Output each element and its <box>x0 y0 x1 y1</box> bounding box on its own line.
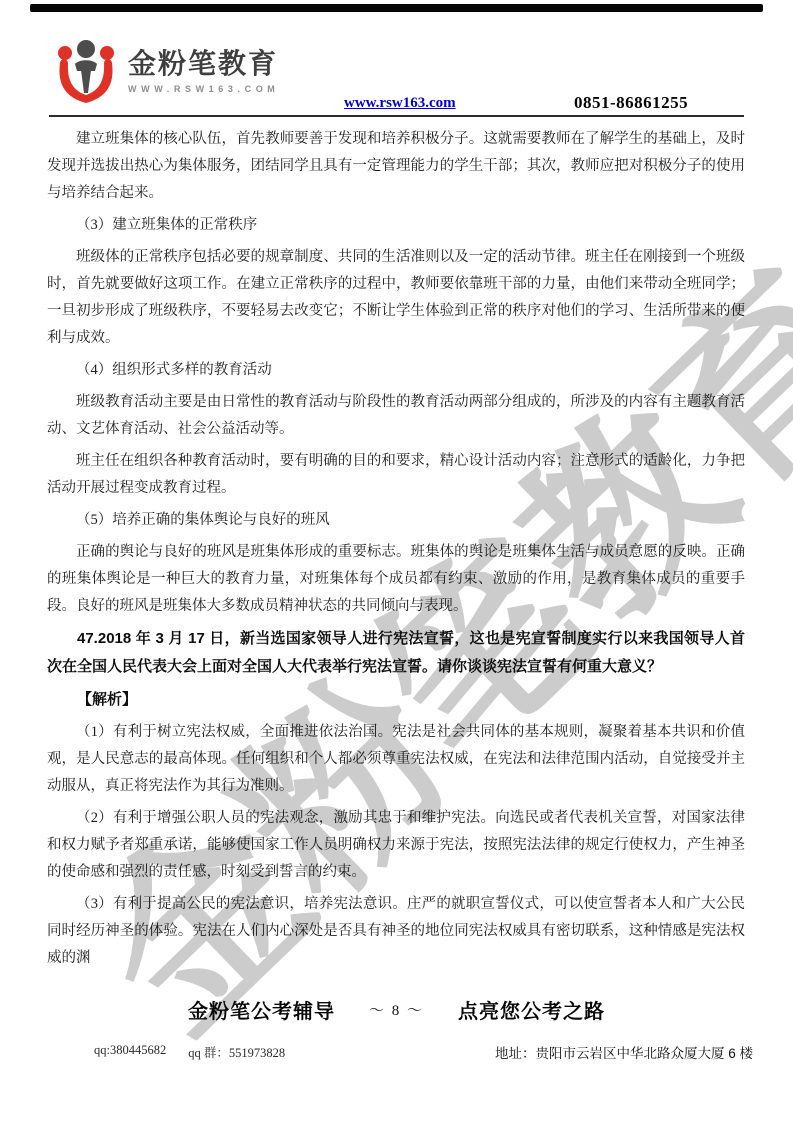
brand-site-url: WWW.RSW163.COM <box>128 84 279 94</box>
brand-logo-icon <box>54 38 118 104</box>
paragraph: 班主任在组织各种教育活动时，要有明确的目的和要求，精心设计活动内容；注意形式的适… <box>47 448 745 502</box>
paragraph: 正确的舆论与良好的班风是班集体形成的重要标志。班集体的舆论是班集体生活与成员意愿… <box>47 539 745 620</box>
paragraph: （3）有利于提高公民的宪法意识，培养宪法意识。庄严的就职宣誓仪式，可以使宣誓者本… <box>47 891 745 972</box>
paragraph: （5）培养正确的集体舆论与良好的班风 <box>47 507 745 534</box>
footer-slogan-line: 金粉笔公考辅导 ～ 8 ～ 点亮您公考之路 <box>0 995 793 1024</box>
document-body: 建立班集体的核心队伍，首先教师要善于发现和培养积极分子。这就需要教师在了解学生的… <box>0 126 793 977</box>
qq-group-number: qq 群：551973828 <box>188 1043 285 1061</box>
document-page: 金粉笔教育 WWW.RSW163.COM www.rsw163.com 0851… <box>0 0 793 1122</box>
header-divider <box>49 115 744 117</box>
website-link[interactable]: www.rsw163.com <box>344 95 456 112</box>
phone-number: 0851-86861255 <box>574 93 688 113</box>
footer-address: 地址：贵阳市云岩区中华北路众厦大厦 6 楼 <box>495 1042 753 1062</box>
paragraph: （3）建立班集体的正常秩序 <box>47 212 745 239</box>
brand-text-block: 金粉笔教育 WWW.RSW163.COM <box>128 48 279 94</box>
paragraph: （1）有利于树立宪法权威，全面推进依法治国。宪法是社会共同体的基本规则，凝聚着基… <box>47 719 745 800</box>
top-black-bar <box>30 4 763 12</box>
footer-contact-line: qq:380445682 qq 群：551973828 地址：贵阳市云岩区中华北… <box>0 1042 793 1062</box>
qq-number: qq:380445682 <box>94 1043 166 1061</box>
paragraph: 班级教育活动主要是由日常性的教育活动与阶段性的教育活动两部分组成的，所涉及的内容… <box>47 389 745 443</box>
brand-logo: 金粉笔教育 WWW.RSW163.COM <box>54 38 279 104</box>
page-number: ～ 8 ～ <box>369 999 424 1020</box>
paragraph: （2）有利于增强公职人员的宪法观念，激励其忠于和维护宪法。向选民或者代表机关宣誓… <box>47 805 745 886</box>
paragraph: 【解析】 <box>47 686 745 714</box>
paragraph: 47.2018 年 3 月 17 日，新当选国家领导人进行宪法宣誓，这也是宪宣誓… <box>47 625 745 681</box>
brand-name: 金粉笔教育 <box>128 48 279 80</box>
paragraph: 建立班集体的核心队伍，首先教师要善于发现和培养积极分子。这就需要教师在了解学生的… <box>47 126 745 207</box>
footer-qq-block: qq:380445682 qq 群：551973828 <box>94 1043 285 1061</box>
footer-slogan-left: 金粉笔公考辅导 <box>188 995 335 1024</box>
paragraph: （4）组织形式多样的教育活动 <box>47 357 745 384</box>
footer-slogan-right: 点亮您公考之路 <box>458 995 605 1024</box>
paragraph: 班级体的正常秩序包括必要的规章制度、共同的生活准则以及一定的活动节律。班主任在刚… <box>47 244 745 352</box>
